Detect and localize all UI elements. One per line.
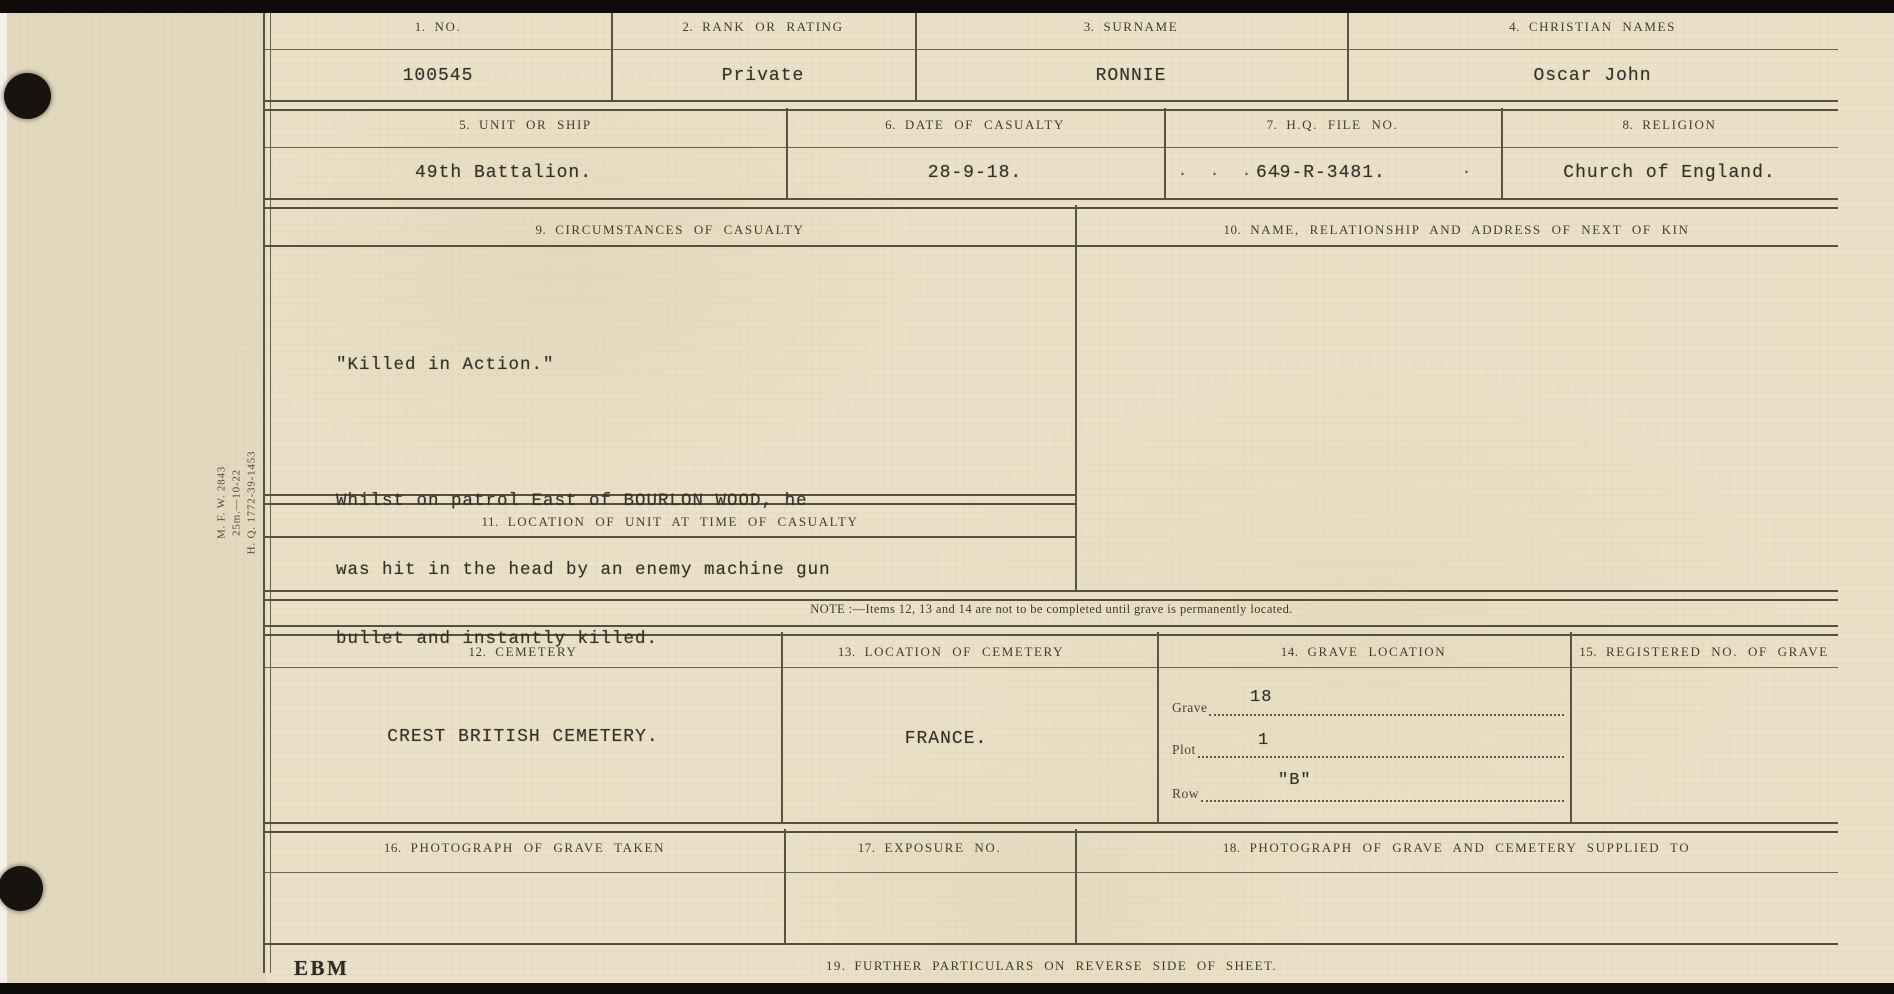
field-circumstances-number: 9.	[535, 222, 546, 237]
grave-entry-grave-value: 18	[1250, 688, 1272, 707]
border-circumstances-kin	[1075, 205, 1077, 592]
rule-row12-bottom	[265, 822, 1838, 833]
grave-entry-grave-label: Grave	[1172, 700, 1209, 716]
note-text: NOTE :—Items 12, 13 and 14 are not to be…	[265, 602, 1838, 617]
field-circumstances-label: 9.CIRCUMSTANCES OF CASUALTY	[265, 222, 1075, 238]
scanner-bar-top	[0, 0, 1894, 13]
field-further-label: 19.FURTHER PARTICULARS ON REVERSE SIDE O…	[265, 958, 1838, 974]
field-rank-number: 2.	[682, 19, 693, 34]
field-photo-supplied-number: 18.	[1223, 840, 1241, 855]
circumstances-line-3: was hit in the head by an enemy machine …	[336, 559, 831, 582]
field-unit-value: 49th Battalion.	[415, 163, 592, 183]
casualty-form-document: M. F. W. 2843 25m.—10-22 H. Q. 1772-39-1…	[0, 0, 1894, 994]
border-grave-registered	[1570, 632, 1572, 824]
field-hq-value: 649-R-3481.	[1256, 163, 1386, 183]
field-unit-label: 5.UNIT OR SHIP	[265, 117, 786, 133]
rule-footer-top	[265, 943, 1838, 945]
field-christian-number: 4.	[1509, 19, 1520, 34]
field-christian-value: Oscar John	[1347, 66, 1838, 86]
rule-row1-bottom	[265, 100, 1838, 111]
field-surname-number: 3.	[1084, 19, 1095, 34]
grave-entry-row: Row	[1172, 784, 1564, 802]
rule-row3-labels	[265, 245, 1838, 247]
field-religion-label: 8.RELIGION	[1501, 117, 1838, 133]
field-no-value: 100545	[265, 66, 611, 86]
field-grave-location-number: 14.	[1281, 644, 1299, 659]
stamp-line-2: 25m.—10-22	[230, 450, 245, 554]
circumstances-text: "Killed in Action." Whilst on patrol Eas…	[336, 308, 831, 697]
field-surname-label: 3.SURNAME	[915, 19, 1347, 35]
field-kin-label: 10.NAME, RELATIONSHIP AND ADDRESS OF NEX…	[1075, 222, 1838, 238]
field-cemetery-label: 12.CEMETERY	[265, 644, 781, 660]
field-registered-no-number: 15.	[1579, 644, 1597, 659]
stamp-line-1: M. F. W. 2843	[215, 450, 230, 554]
field-christian-label: 4.CHRISTIAN NAMES	[1347, 19, 1838, 35]
field-rank-value: Private	[611, 66, 915, 86]
field-date-label: 6.DATE OF CASUALTY	[786, 117, 1164, 133]
border-location-grave	[1157, 632, 1159, 824]
field-cemetery-location-number: 13.	[838, 644, 856, 659]
field-further-number: 19.	[826, 958, 846, 973]
punch-hole-bottom	[0, 866, 43, 911]
field-no-number: 1.	[415, 19, 426, 34]
punch-hole-top	[4, 73, 51, 119]
field-unit-number: 5.	[459, 117, 470, 132]
field-cemetery-value: CREST BRITISH CEMETERY.	[265, 727, 781, 747]
field-no-label: 1.NO.	[265, 19, 611, 35]
field-photo-taken-number: 16.	[384, 840, 402, 855]
field-hq-label: 7.H.Q. FILE NO.	[1164, 117, 1501, 133]
grave-entry-plot-value: 1	[1258, 731, 1269, 750]
field-cemetery-number: 12.	[469, 644, 487, 659]
paper-left-edge	[0, 13, 7, 983]
rule-row2-labels	[265, 147, 1838, 148]
field-religion-number: 8.	[1623, 117, 1634, 132]
grave-entry-row-label: Row	[1172, 786, 1201, 802]
field-cemetery-location-label: 13.LOCATION OF CEMETERY	[781, 644, 1121, 660]
grave-entry-plot-label: Plot	[1172, 742, 1198, 758]
stamp-line-3: H. Q. 1772-39-1453	[245, 450, 260, 554]
circumstances-paragraph-gap	[336, 423, 831, 444]
grave-entry-grave: Grave	[1172, 698, 1564, 716]
field-kin-number: 10.	[1224, 222, 1242, 237]
rule-row2-bottom	[265, 198, 1838, 209]
field-rank-label: 2.RANK OR RATING	[611, 19, 915, 35]
field-hq-number: 7.	[1267, 117, 1278, 132]
field-exposure-label: 17.EXPOSURE NO.	[784, 840, 1075, 856]
field-grave-location-label: 14.GRAVE LOCATION	[1157, 644, 1570, 660]
field-date-number: 6.	[885, 117, 896, 132]
circumstances-line-2: Whilst on patrol East of BOURLON WOOD, h…	[336, 490, 831, 513]
field-photo-supplied-label: 18.PHOTOGRAPH OF GRAVE AND CEMETERY SUPP…	[1075, 840, 1838, 856]
rule-row16-labels	[265, 872, 1838, 873]
circumstances-line-1: "Killed in Action."	[336, 354, 831, 377]
field-cemetery-location-value: FRANCE.	[781, 729, 1111, 749]
scanner-bar-bottom	[0, 983, 1894, 994]
grave-entry-row-value: "B"	[1278, 771, 1312, 790]
rule-row1-labels	[265, 49, 1838, 50]
grave-entry-plot: Plot	[1172, 740, 1564, 758]
grave-entry-plot-leader	[1198, 738, 1564, 758]
field-surname-value: RONNIE	[915, 66, 1347, 86]
field-hq-trailing-dot: ·	[1462, 164, 1472, 181]
field-date-value: 28-9-18.	[786, 163, 1164, 183]
field-registered-no-label: 15.REGISTERED NO. OF GRAVE	[1570, 644, 1838, 660]
field-photo-taken-label: 16.PHOTOGRAPH OF GRAVE TAKEN	[265, 840, 784, 856]
field-location-unit-label: 11.LOCATION OF UNIT AT TIME OF CASUALTY	[265, 514, 1075, 530]
field-religion-value: Church of England.	[1501, 163, 1838, 183]
grave-entry-row-leader	[1201, 782, 1564, 802]
field-exposure-number: 17.	[858, 840, 876, 855]
field-location-unit-number: 11.	[481, 514, 498, 529]
